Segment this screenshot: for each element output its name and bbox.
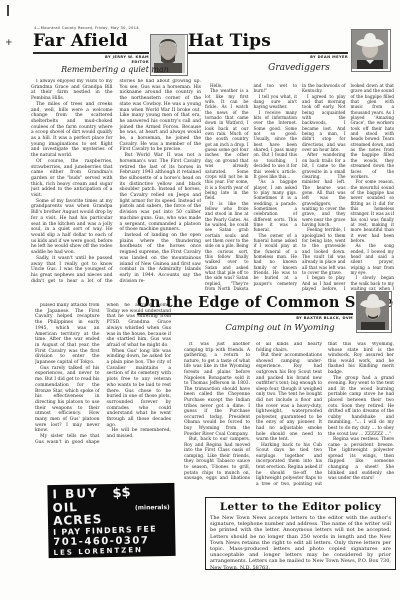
- page-masthead: 4—Mountrail County Record, Friday, May 3…: [34, 25, 234, 30]
- hat-tips-rule: [188, 52, 348, 54]
- common-sense-byline: BY BAXTER BLACK, DVM: [228, 316, 353, 321]
- ad-line-oil-acres: OIL ACRES: [52, 499, 132, 528]
- far-afield-byline: BY JERRY W. KRAM EDITOR: [58, 55, 149, 64]
- hat-tips-body: Hello,The weather is a lot like my first…: [205, 83, 394, 294]
- common-sense-rule: [137, 313, 353, 315]
- far-afield-body-continued: pulsed many attacks from the Japanese. T…: [35, 303, 171, 479]
- far-afield-title: Far Afield: [33, 31, 128, 51]
- far-afield-body: I always enjoyed my visits to my Grandma…: [31, 79, 201, 293]
- ad-line-minerals: (minerals): [135, 504, 170, 512]
- margin-registration-mark: [7, 5, 9, 16]
- far-afield-byline-name: BY JERRY W. KRAM: [105, 55, 149, 59]
- letter-policy-body: The New Town News accepts letters to the…: [210, 515, 391, 570]
- far-afield-byline-role: EDITOR: [132, 60, 149, 64]
- far-afield-rule: [33, 52, 149, 54]
- letter-policy-title: Letter to the Editor policy: [210, 501, 391, 513]
- oil-acres-ad: I BUY $$ OIL ACRES (minerals) I PAY FIND…: [47, 483, 175, 558]
- hat-tips-title: Hat Tips: [188, 31, 271, 51]
- common-sense-subtitle: Camping out in Wyoming: [185, 323, 375, 333]
- hat-tips-byline: BY DEAN MEYER: [248, 55, 348, 60]
- common-sense-title: On the Edge of Common Sense: [137, 294, 393, 311]
- far-afield-subtitle: Remembering a quiet man: [30, 65, 200, 74]
- letter-policy-box: Letter to the Editor policy The New Town…: [205, 497, 396, 570]
- hat-tips-subtitle: Gravediggers: [205, 63, 393, 73]
- common-sense-body: It was just another camping trip with fr…: [184, 342, 394, 493]
- newspaper-page: + 4—Mountrail County Record, Friday, May…: [0, 0, 400, 600]
- margin-plus-mark: +: [5, 38, 15, 48]
